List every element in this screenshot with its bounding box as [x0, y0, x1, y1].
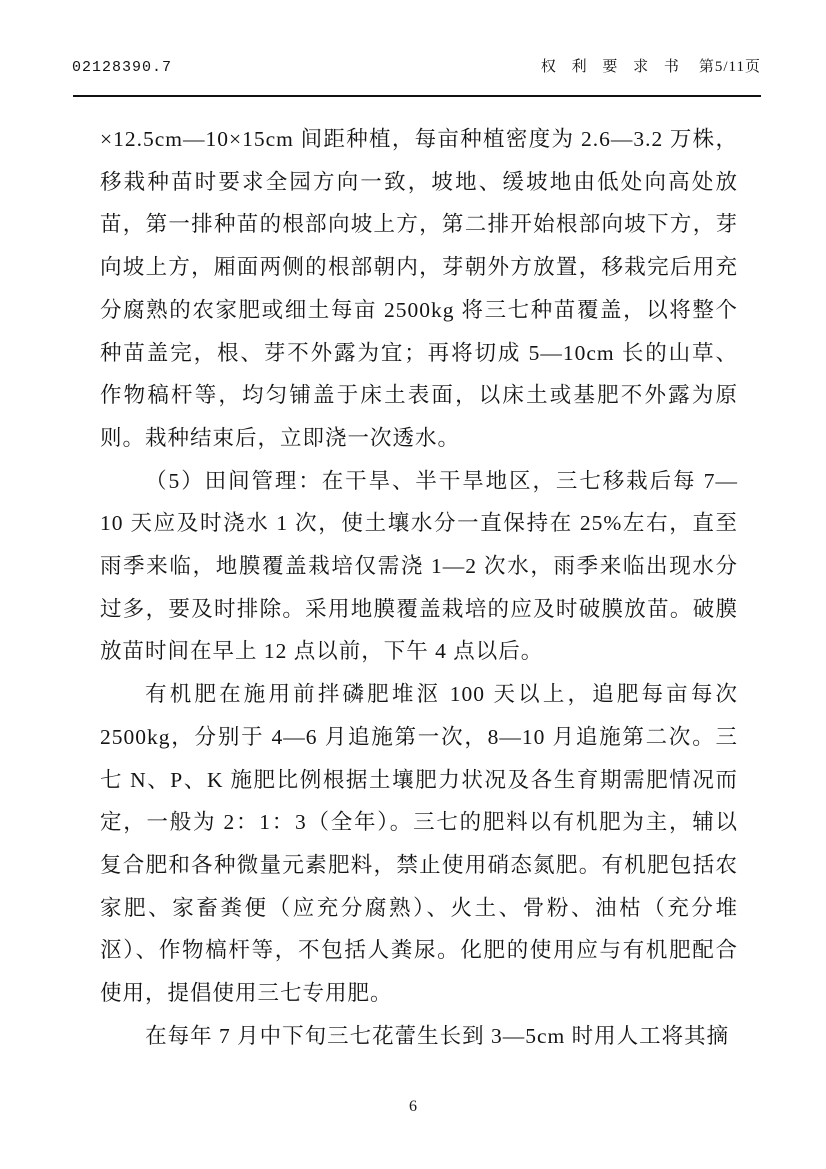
document-title: 权 利 要 求 书	[541, 55, 685, 76]
body-paragraphs: ×12.5cm—10×15cm 间距种植，每亩种植密度为 2.6—3.2 万株，…	[100, 118, 738, 1057]
claims-paragraph: 有机肥在施用前拌磷肥堆沤 100 天以上，追肥每亩每次 2500kg，分别于 4…	[100, 673, 738, 1015]
page-header: 02128390.7 权 利 要 求 书 第5/11页	[72, 55, 761, 76]
footer-page-number: 6	[409, 1098, 417, 1115]
claims-paragraph: 在每年 7 月中下旬三七花蕾生长到 3—5cm 时用人工将其摘	[100, 1015, 738, 1058]
patent-claims-page: 02128390.7 权 利 要 求 书 第5/11页 ×12.5cm—10×1…	[0, 0, 826, 1169]
header-divider	[73, 95, 761, 97]
page-footer: 6	[0, 1098, 826, 1116]
page-indicator: 第5/11页	[699, 55, 761, 76]
claims-paragraph: ×12.5cm—10×15cm 间距种植，每亩种植密度为 2.6—3.2 万株，…	[100, 118, 738, 460]
header-right-group: 权 利 要 求 书 第5/11页	[541, 55, 761, 76]
claims-paragraph: （5）田间管理：在干旱、半干旱地区，三七移栽后每 7—10 天应及时浇水 1 次…	[100, 460, 738, 674]
application-number: 02128390.7	[72, 59, 172, 76]
